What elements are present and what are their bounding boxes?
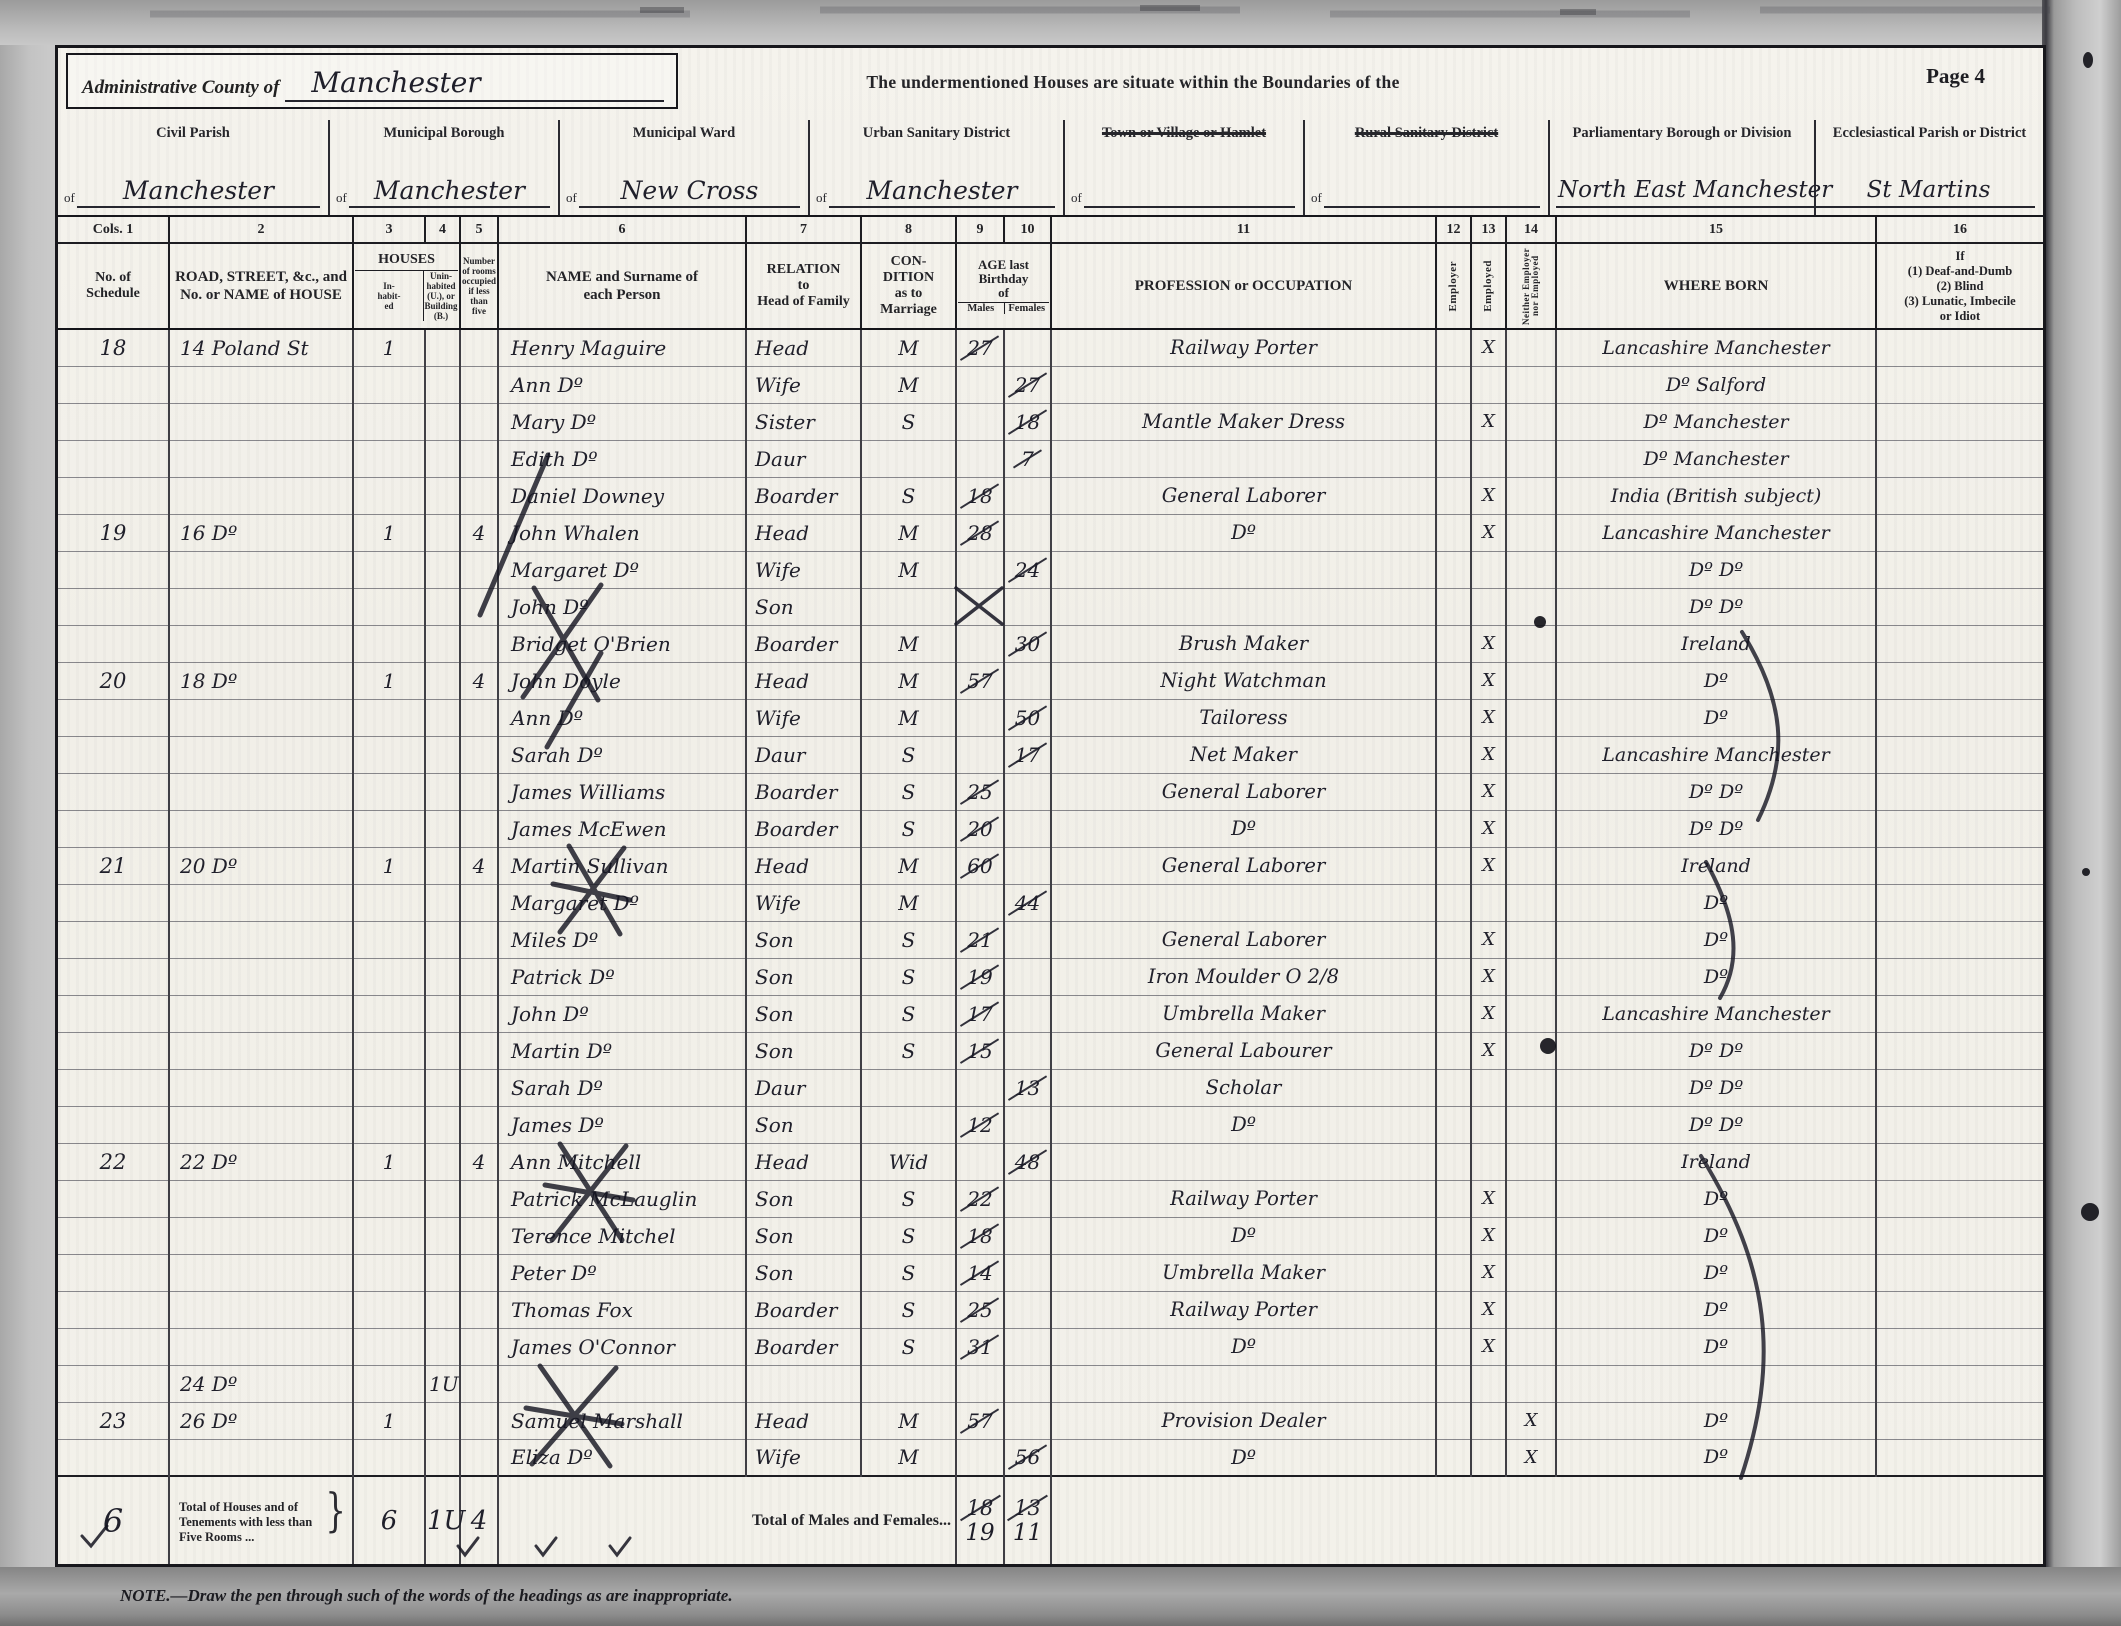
district-label: Urban Sanitary District — [810, 125, 1063, 141]
col-number-14: 15 — [1556, 217, 1876, 243]
cell-schedule — [58, 699, 169, 736]
cell-condition — [861, 440, 956, 477]
cell-relation: Son — [746, 921, 861, 958]
cell-uninh — [425, 773, 460, 810]
district-band: Civil ParishofManchesterMunicipal Boroug… — [58, 120, 2043, 217]
cell-uninh — [425, 477, 460, 514]
cell-neither — [1506, 1365, 1556, 1402]
totals-males-females-label: Total of Males and Females... — [498, 1476, 956, 1564]
cell-born: Dº Dº — [1556, 588, 1876, 625]
cell-inh — [353, 588, 425, 625]
scan-page-edge-right — [2042, 0, 2121, 1626]
cell-name: Samuel Marshall — [498, 1402, 746, 1439]
cell-age_f: 56 — [1004, 1439, 1051, 1476]
cell-inh — [353, 958, 425, 995]
cell-name: Miles Dº — [498, 921, 746, 958]
cell-employer — [1436, 514, 1471, 551]
cell-age_f — [1004, 810, 1051, 847]
cell-born: Dº — [1556, 1254, 1876, 1291]
cell-road — [169, 699, 353, 736]
census-row: James DºSon12DºDº Dº — [58, 1106, 2043, 1143]
cell-road: 22 Dº — [169, 1143, 353, 1180]
cell-name: James Dº — [498, 1106, 746, 1143]
cell-occupation: Mantle Maker Dress — [1051, 403, 1436, 440]
cell-born: Lancashire Manchester — [1556, 329, 1876, 366]
census-row: 2222 Dº14Ann MitchellHeadWid48Ireland — [58, 1143, 2043, 1180]
cell-age_f — [1004, 1180, 1051, 1217]
cell-schedule — [58, 1365, 169, 1402]
cell-employer — [1436, 551, 1471, 588]
cell-age_f: 50 — [1004, 699, 1051, 736]
cell-neither — [1506, 403, 1556, 440]
col-number-3: 4 — [425, 217, 460, 243]
totals-houses-label: Total of Houses and of Tenements with le… — [171, 1496, 351, 1545]
age-value: 25 — [965, 780, 994, 804]
cell-neither — [1506, 1180, 1556, 1217]
cell-name: John Dº — [498, 995, 746, 1032]
cell-employed — [1471, 1106, 1506, 1143]
cell-condition: S — [861, 921, 956, 958]
cell-born: Lancashire Manchester — [1556, 995, 1876, 1032]
district-value: ofNew Cross — [566, 176, 800, 208]
age-value: 27 — [965, 336, 994, 360]
cell-uninh — [425, 1328, 460, 1365]
cell-condition: M — [861, 884, 956, 921]
cell-age_m: 27 — [956, 329, 1004, 366]
cell-employed: X — [1471, 773, 1506, 810]
cell-employer — [1436, 1069, 1471, 1106]
cell-name: Sarah Dº — [498, 1069, 746, 1106]
cell-uninh — [425, 366, 460, 403]
cell-road — [169, 773, 353, 810]
cell-uninh — [425, 551, 460, 588]
header-condition: CON- DITION as to Marriage — [861, 243, 956, 329]
cell-relation: Daur — [746, 1069, 861, 1106]
cell-rooms — [460, 1402, 498, 1439]
cell-inh — [353, 995, 425, 1032]
cell-name: Ann Mitchell — [498, 1143, 746, 1180]
cell-road — [169, 1032, 353, 1069]
cell-rooms — [460, 736, 498, 773]
cell-employer — [1436, 921, 1471, 958]
age-value: 48 — [1013, 1150, 1042, 1174]
age-value: 28 — [965, 521, 994, 545]
cell-age_m: 20 — [956, 810, 1004, 847]
cell-schedule — [58, 366, 169, 403]
cell-employed: X — [1471, 329, 1506, 366]
district-cell-1: Municipal BoroughofManchester — [330, 120, 560, 215]
census-row: Sarah DºDaurS17Net MakerXLancashire Manc… — [58, 736, 2043, 773]
cell-employed — [1471, 1365, 1506, 1402]
census-row: Bridget O'BrienBoarderM30Brush MakerXIre… — [58, 625, 2043, 662]
cell-uninh — [425, 958, 460, 995]
header-employer-label: Employer — [1448, 261, 1459, 311]
cell-uninh — [425, 1180, 460, 1217]
cell-age_m — [956, 1365, 1004, 1402]
cell-inh — [353, 773, 425, 810]
age-value: 30 — [1013, 632, 1042, 656]
cell-relation: Sister — [746, 403, 861, 440]
administrative-county-value: Manchester — [285, 66, 664, 102]
cell-name: Margaret Dº — [498, 884, 746, 921]
cell-name: Martin Dº — [498, 1032, 746, 1069]
cell-condition: S — [861, 477, 956, 514]
cell-employer — [1436, 1291, 1471, 1328]
cell-rooms — [460, 366, 498, 403]
cell-born: Dº Manchester — [1556, 440, 1876, 477]
cell-employer — [1436, 1365, 1471, 1402]
cell-neither — [1506, 477, 1556, 514]
cell-inh — [353, 1069, 425, 1106]
cell-name: John Doyle — [498, 662, 746, 699]
district-handwritten-value: Manchester — [349, 176, 550, 208]
col-number-7: 8 — [861, 217, 956, 243]
cell-road — [169, 1217, 353, 1254]
totals-rooms-value: 4 — [462, 1506, 496, 1536]
census-row: Martin DºSonS15General LabourerXDº Dº — [58, 1032, 2043, 1069]
cell-name: Ann Dº — [498, 699, 746, 736]
col-number-10: 11 — [1051, 217, 1436, 243]
cell-neither — [1506, 699, 1556, 736]
header-inhabited: In- habit- ed — [355, 271, 423, 321]
cell-neither — [1506, 551, 1556, 588]
cell-employed: X — [1471, 958, 1506, 995]
cell-age_m: 25 — [956, 773, 1004, 810]
cell-age_f — [1004, 1217, 1051, 1254]
cell-name: Margaret Dº — [498, 551, 746, 588]
cell-employer — [1436, 477, 1471, 514]
census-row: Sarah DºDaur13ScholarDº Dº — [58, 1069, 2043, 1106]
age-value: 57 — [965, 669, 994, 693]
cell-born: Dº — [1556, 884, 1876, 921]
cell-uninh — [425, 1439, 460, 1476]
district-prefix: of — [64, 190, 75, 208]
cell-born: Lancashire Manchester — [1556, 514, 1876, 551]
cell-born: Dº — [1556, 1328, 1876, 1365]
cell-age_m — [956, 736, 1004, 773]
cell-employed — [1471, 366, 1506, 403]
cell-inh — [353, 1254, 425, 1291]
cell-infirm — [1876, 588, 2043, 625]
cell-age_f — [1004, 958, 1051, 995]
cell-age_m — [956, 699, 1004, 736]
cell-rooms — [460, 810, 498, 847]
totals-females-value: 11 — [1013, 1520, 1042, 1546]
census-row: Terence MitchelSonS18DºXDº — [58, 1217, 2043, 1254]
totals-inhabited: 6 — [353, 1476, 425, 1564]
cell-age_f — [1004, 588, 1051, 625]
cell-employed: X — [1471, 921, 1506, 958]
cell-born: Dº Dº — [1556, 1032, 1876, 1069]
cell-occupation: Dº — [1051, 810, 1436, 847]
cell-employer — [1436, 403, 1471, 440]
cell-inh — [353, 884, 425, 921]
cell-rooms: 4 — [460, 847, 498, 884]
cell-employed — [1471, 551, 1506, 588]
cell-employer — [1436, 736, 1471, 773]
cell-occupation: Umbrella Maker — [1051, 1254, 1436, 1291]
cell-employed — [1471, 1402, 1506, 1439]
col-number-1: 2 — [169, 217, 353, 243]
cell-inh — [353, 1217, 425, 1254]
cell-name: Thomas Fox — [498, 1291, 746, 1328]
cell-road — [169, 440, 353, 477]
cell-neither — [1506, 1143, 1556, 1180]
cell-rooms — [460, 1291, 498, 1328]
col-headers-row: No. of Schedule ROAD, STREET, &c., and N… — [58, 243, 2043, 329]
cell-name: James McEwen — [498, 810, 746, 847]
cell-occupation: Railway Porter — [1051, 329, 1436, 366]
cell-inh: 1 — [353, 1143, 425, 1180]
cell-relation: Boarder — [746, 1291, 861, 1328]
census-row: 2326 Dº1Samuel MarshallHeadM57Provision … — [58, 1402, 2043, 1439]
census-row: 2120 Dº14Martin SullivanHeadM60General L… — [58, 847, 2043, 884]
cell-uninh — [425, 1069, 460, 1106]
cell-rooms — [460, 1106, 498, 1143]
cell-road — [169, 921, 353, 958]
age-value: 12 — [965, 1113, 994, 1137]
cell-occupation — [1051, 884, 1436, 921]
cell-schedule — [58, 403, 169, 440]
cell-inh — [353, 1106, 425, 1143]
cell-inh — [353, 1365, 425, 1402]
boundaries-statement: The undermentioned Houses are situate wi… — [738, 72, 1528, 93]
cell-inh: 1 — [353, 847, 425, 884]
cell-age_f — [1004, 1032, 1051, 1069]
cell-age_m: 28 — [956, 514, 1004, 551]
cell-infirm — [1876, 329, 2043, 366]
cell-neither — [1506, 1254, 1556, 1291]
header-name: NAME and Surname of each Person — [498, 243, 746, 329]
cell-born: Dº Salford — [1556, 366, 1876, 403]
header-uninhabited: Unin- habited (U.), or Building (B.) — [423, 271, 458, 321]
cell-condition: S — [861, 995, 956, 1032]
cell-occupation: Iron Moulder O 2/8 — [1051, 958, 1436, 995]
cell-uninh — [425, 403, 460, 440]
cell-road — [169, 1106, 353, 1143]
header-neither-label: Neither Employer nor Employed — [1522, 246, 1540, 326]
cell-employed: X — [1471, 477, 1506, 514]
district-cell-5: Rural Sanitary Districtof — [1305, 120, 1550, 215]
cell-schedule — [58, 773, 169, 810]
age-value: 60 — [965, 854, 994, 878]
cell-age_m — [956, 884, 1004, 921]
cell-rooms — [460, 773, 498, 810]
cell-infirm — [1876, 1328, 2043, 1365]
cell-employed: X — [1471, 1291, 1506, 1328]
cell-neither — [1506, 1032, 1556, 1069]
cell-rooms — [460, 1032, 498, 1069]
cell-age_m: 31 — [956, 1328, 1004, 1365]
cell-relation: Wife — [746, 699, 861, 736]
cell-neither — [1506, 1069, 1556, 1106]
cell-schedule — [58, 958, 169, 995]
cell-neither — [1506, 588, 1556, 625]
administrative-county-box: Administrative County of Manchester — [66, 53, 678, 109]
cell-employed: X — [1471, 736, 1506, 773]
district-handwritten-value: New Cross — [579, 176, 800, 208]
cell-road — [169, 958, 353, 995]
cell-road — [169, 625, 353, 662]
age-value: 22 — [965, 1187, 994, 1211]
age-value: 44 — [1013, 891, 1042, 915]
cell-uninh — [425, 329, 460, 366]
district-cell-6: Parliamentary Borough or DivisionNorth E… — [1550, 120, 1816, 215]
cell-occupation: Dº — [1051, 1328, 1436, 1365]
cell-neither — [1506, 995, 1556, 1032]
cell-neither — [1506, 440, 1556, 477]
age-value: 18 — [1013, 410, 1042, 434]
cell-neither — [1506, 1328, 1556, 1365]
district-prefix: of — [336, 190, 347, 208]
cell-age_m: 18 — [956, 1217, 1004, 1254]
table-body: 1814 Poland St1Henry MaguireHeadM27Railw… — [58, 329, 2043, 1476]
cell-employer — [1436, 1032, 1471, 1069]
col-number-9: 10 — [1004, 217, 1051, 243]
cell-employer — [1436, 995, 1471, 1032]
cell-uninh — [425, 1402, 460, 1439]
cell-uninh — [425, 1106, 460, 1143]
cell-occupation: General Laborer — [1051, 921, 1436, 958]
cell-employed: X — [1471, 1328, 1506, 1365]
cell-age_m: 57 — [956, 662, 1004, 699]
cell-inh — [353, 625, 425, 662]
cell-occupation: Scholar — [1051, 1069, 1436, 1106]
cell-born: India (British subject) — [1556, 477, 1876, 514]
district-label: Parliamentary Borough or Division — [1550, 125, 1814, 141]
cell-infirm — [1876, 1365, 2043, 1402]
cell-relation: Son — [746, 1106, 861, 1143]
district-prefix: of — [816, 190, 827, 208]
cell-relation: Head — [746, 847, 861, 884]
cell-neither — [1506, 1106, 1556, 1143]
cell-uninh — [425, 625, 460, 662]
cell-road: 26 Dº — [169, 1402, 353, 1439]
cell-infirm — [1876, 551, 2043, 588]
cell-born: Ireland — [1556, 625, 1876, 662]
age-value: 17 — [965, 1002, 994, 1026]
cell-infirm — [1876, 403, 2043, 440]
district-label: Municipal Ward — [560, 125, 808, 141]
census-row: Ann DºWifeM50TailoressXDº — [58, 699, 2043, 736]
cell-condition — [861, 588, 956, 625]
cell-road: 20 Dº — [169, 847, 353, 884]
census-row: Daniel DowneyBoarderS18General LaborerXI… — [58, 477, 2043, 514]
cell-schedule — [58, 995, 169, 1032]
cell-infirm — [1876, 847, 2043, 884]
cell-employed: X — [1471, 810, 1506, 847]
district-value: of — [1071, 177, 1295, 208]
cell-age_f: 13 — [1004, 1069, 1051, 1106]
cell-road — [169, 366, 353, 403]
cell-road — [169, 1439, 353, 1476]
cell-condition: S — [861, 958, 956, 995]
cell-employer — [1436, 810, 1471, 847]
cell-schedule — [58, 736, 169, 773]
cell-schedule — [58, 1291, 169, 1328]
cell-uninh — [425, 995, 460, 1032]
cell-name: Sarah Dº — [498, 736, 746, 773]
totals-males-value: 19 — [965, 1520, 994, 1546]
cell-inh: 1 — [353, 662, 425, 699]
cell-infirm — [1876, 773, 2043, 810]
page-number: Page 4 — [1926, 64, 1985, 89]
cell-employer — [1436, 1180, 1471, 1217]
header-neither: Neither Employer nor Employed — [1506, 243, 1556, 329]
census-row: Thomas FoxBoarderS25Railway PorterXDº — [58, 1291, 2043, 1328]
cell-employer — [1436, 440, 1471, 477]
cell-neither — [1506, 514, 1556, 551]
header-road: ROAD, STREET, &c., and No. or NAME of HO… — [169, 243, 353, 329]
cell-age_m: 22 — [956, 1180, 1004, 1217]
cell-infirm — [1876, 1069, 2043, 1106]
cell-occupation: Provision Dealer — [1051, 1402, 1436, 1439]
cell-relation: Head — [746, 662, 861, 699]
cell-infirm — [1876, 1032, 2043, 1069]
cell-road — [169, 403, 353, 440]
cell-uninh — [425, 884, 460, 921]
age-value: 17 — [1013, 743, 1042, 767]
cell-condition — [861, 1365, 956, 1402]
cell-age_f: 44 — [1004, 884, 1051, 921]
cell-relation: Boarder — [746, 1328, 861, 1365]
district-value: of — [1311, 177, 1540, 208]
district-cell-2: Municipal WardofNew Cross — [560, 120, 810, 215]
cell-employer — [1436, 329, 1471, 366]
cell-employer — [1436, 1439, 1471, 1476]
cell-age_m — [956, 1069, 1004, 1106]
cell-employer — [1436, 588, 1471, 625]
cell-born: Ireland — [1556, 1143, 1876, 1180]
cell-inh: 1 — [353, 514, 425, 551]
cell-age_m: 57 — [956, 1402, 1004, 1439]
cell-relation: Son — [746, 1180, 861, 1217]
cell-road — [169, 551, 353, 588]
cell-schedule — [58, 1254, 169, 1291]
age-value: 31 — [965, 1335, 994, 1359]
cell-employer — [1436, 1106, 1471, 1143]
cell-rooms — [460, 1365, 498, 1402]
cell-employed: X — [1471, 847, 1506, 884]
col-number-11: 12 — [1436, 217, 1471, 243]
cell-occupation: General Laborer — [1051, 847, 1436, 884]
cell-infirm — [1876, 810, 2043, 847]
cell-uninh: 1U — [425, 1365, 460, 1402]
table-totals: 6 Total of Houses and of Tenements with … — [58, 1476, 2043, 1564]
header-occupation: PROFESSION or OCCUPATION — [1051, 243, 1436, 329]
cell-neither — [1506, 329, 1556, 366]
header-where-born: WHERE BORN — [1556, 243, 1876, 329]
cell-condition: S — [861, 1291, 956, 1328]
census-row: Margaret DºWifeM44Dº — [58, 884, 2043, 921]
cell-rooms — [460, 403, 498, 440]
cell-occupation: Night Watchman — [1051, 662, 1436, 699]
district-label: Rural Sanitary District — [1305, 125, 1548, 141]
cell-employer — [1436, 958, 1471, 995]
cell-name: Martin Sullivan — [498, 847, 746, 884]
cell-relation: Boarder — [746, 625, 861, 662]
cell-age_m: 18 — [956, 477, 1004, 514]
cell-infirm — [1876, 958, 2043, 995]
col-number-13: 14 — [1506, 217, 1556, 243]
cell-rooms — [460, 884, 498, 921]
age-value: 56 — [1013, 1445, 1042, 1469]
cell-inh — [353, 403, 425, 440]
cell-name: Eliza Dº — [498, 1439, 746, 1476]
cell-neither — [1506, 736, 1556, 773]
cell-condition: S — [861, 1032, 956, 1069]
cell-neither — [1506, 958, 1556, 995]
